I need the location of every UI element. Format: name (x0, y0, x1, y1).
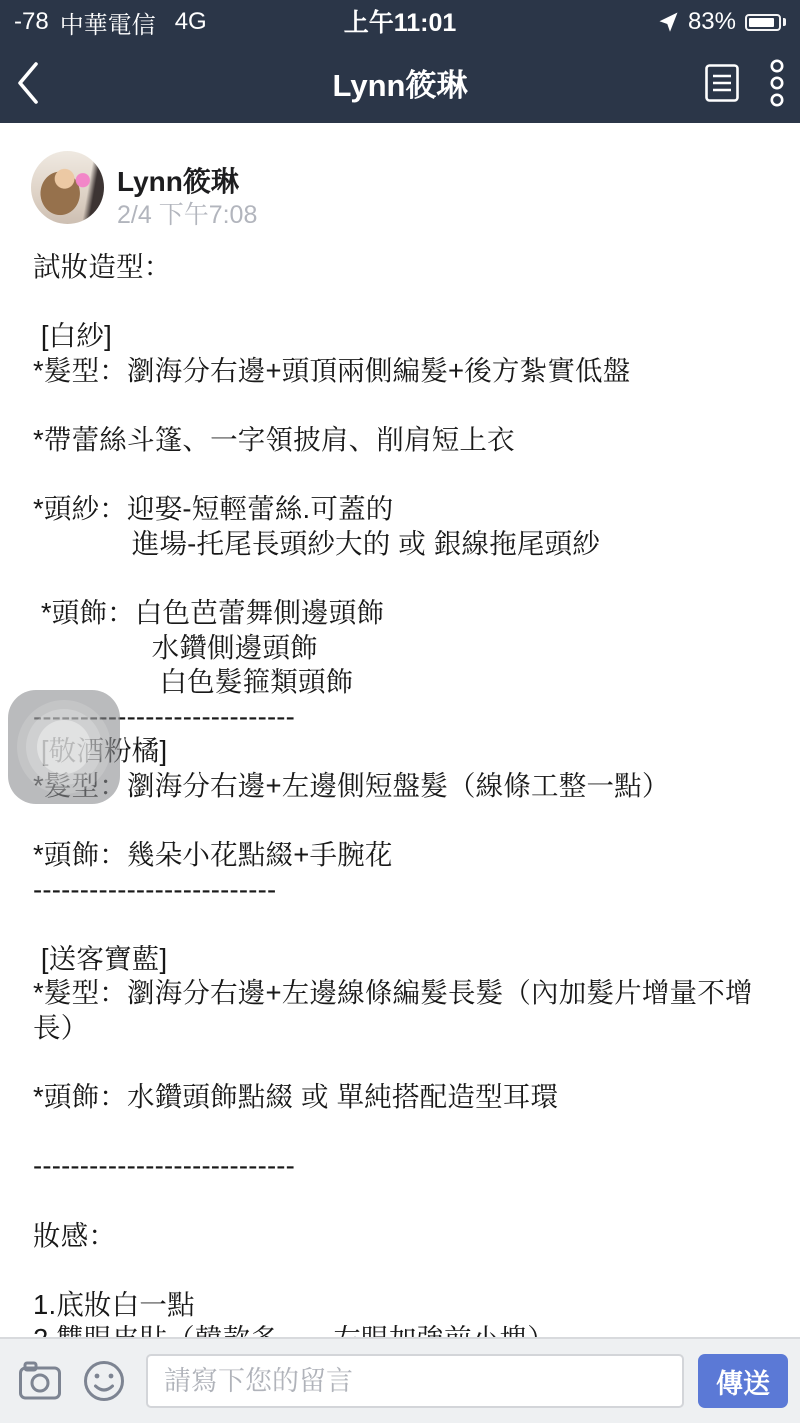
chat-title: Lynn筱琳 (100, 42, 700, 123)
send-button[interactable]: 傳送 (698, 1354, 788, 1408)
signal-strength: -78 (14, 8, 49, 36)
more-menu-button[interactable] (768, 59, 786, 107)
network-type: 4G (175, 8, 207, 36)
more-dots-vertical-icon (768, 59, 786, 107)
nav-bar: Lynn筱琳 (0, 42, 800, 123)
post-timestamp: 2/4 下午7:08 (117, 195, 257, 231)
comment-bar: 傳送 (0, 1337, 800, 1423)
post-body-text: 試妝造型： [白紗] *髮型：瀏海分右邊+頭頂兩側編髮+後方紮實低盤 *帶蕾絲斗… (33, 250, 775, 1357)
status-bar: -78 中華電信 4G 上午11:01 83% (0, 0, 800, 42)
battery-percent: 83% (688, 8, 736, 36)
note-document-icon (704, 63, 740, 103)
smiley-emoji-icon (82, 1359, 126, 1403)
phone-screen: -78 中華電信 4G 上午11:01 83% Lynn筱琳 (0, 0, 800, 1423)
assistive-touch-core (37, 720, 91, 774)
assistive-touch-ring-inner (26, 709, 102, 785)
comment-input[interactable] (146, 1354, 684, 1408)
assistive-touch-ring-outer (17, 700, 111, 794)
camera-icon (18, 1359, 62, 1403)
nav-right-icons (704, 42, 786, 123)
author-name: Lynn筱琳 (117, 160, 239, 200)
emoji-button[interactable] (76, 1359, 132, 1403)
status-left: -78 中華電信 4G (14, 5, 207, 40)
location-arrow-icon (657, 11, 679, 33)
camera-button[interactable] (12, 1359, 68, 1403)
assistive-touch-button[interactable] (8, 690, 120, 804)
back-button[interactable] (14, 60, 44, 106)
status-right: 83% (657, 8, 786, 36)
battery-icon (745, 14, 781, 31)
app-header: -78 中華電信 4G 上午11:01 83% Lynn筱琳 (0, 0, 800, 123)
author-avatar[interactable] (31, 151, 104, 224)
back-chevron-icon (14, 60, 44, 106)
carrier-name: 中華電信 (60, 5, 156, 40)
battery-nub (783, 18, 786, 26)
note-button[interactable] (704, 63, 740, 103)
